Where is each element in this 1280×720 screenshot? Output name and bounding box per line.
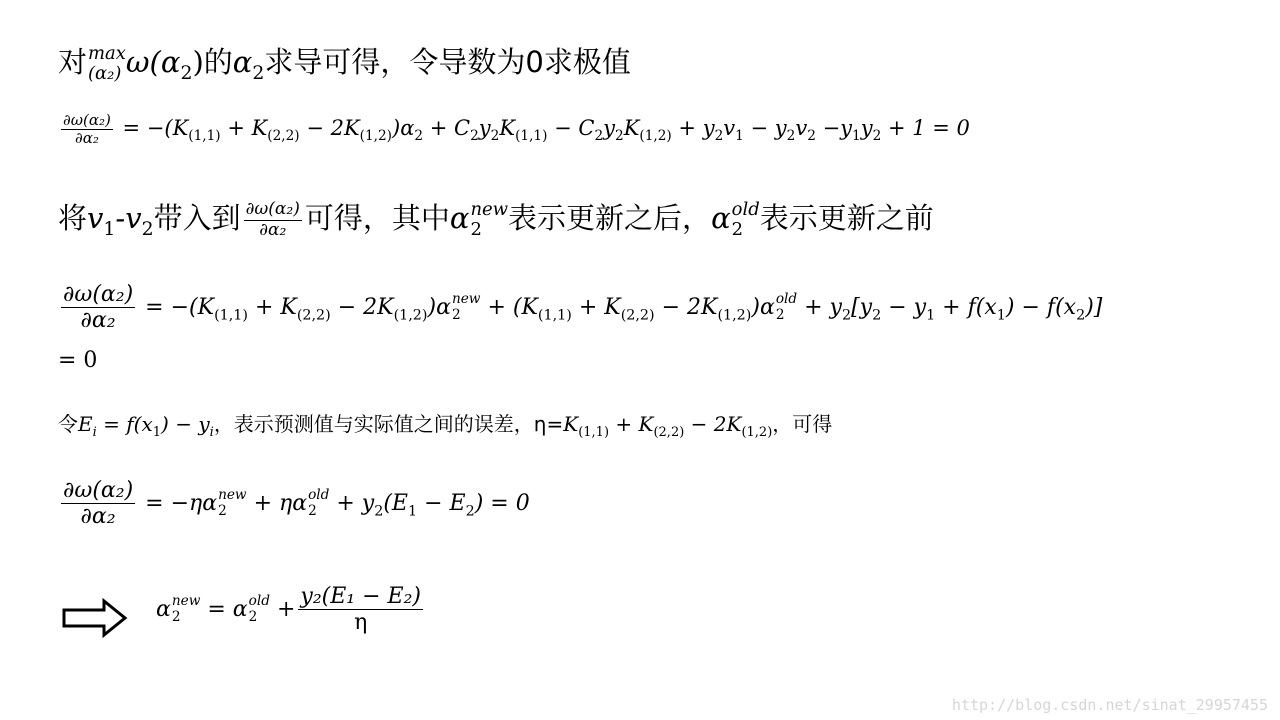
equation-1-rhs: = −(K(1,1) + K(2,2) − 2K(1,2))α2 + C2y2K… <box>123 116 970 140</box>
equation-1: ∂ω(α₂)∂α₂ = −(K(1,1) + K(2,2) − 2K(1,2))… <box>58 112 970 148</box>
heading-line-1: 对max(α₂)ω(α2)的α2求导可得，令导数为0求极值 <box>58 40 631 83</box>
equation-2-rhs: = −(K(1,1) + K(2,2) − 2K(1,2))αnew2 + (K… <box>145 295 1102 320</box>
alpha-var: α2 <box>233 45 265 79</box>
equation-2: ∂ω(α₂)∂α₂ = −(K(1,1) + K(2,2) − 2K(1,2))… <box>58 282 1102 334</box>
error-definition: Ei = f(x1) − yi <box>78 412 214 436</box>
equation-3: ∂ω(α₂)∂α₂ = −ηαnew2 + ηαold2 + y2(E1 − E… <box>58 478 530 530</box>
update-fraction: y₂(E₁ − E₂)η <box>298 584 423 636</box>
watermark: http://blog.csdn.net/sinat_29957455 <box>952 696 1268 714</box>
implies-arrow-icon <box>62 598 128 638</box>
derivative-fraction: ∂ω(α₂)∂α₂ <box>61 112 113 148</box>
text-prefix: 对 <box>58 45 87 79</box>
derivative-fraction: ∂ω(α₂)∂α₂ <box>61 282 135 334</box>
v-difference: v1-v2 <box>87 201 154 235</box>
definition-line: 令Ei = f(x1) − yi，表示预测值与实际值之间的误差，η=K(1,1)… <box>58 408 832 437</box>
equation-2-continuation: = 0 <box>58 348 97 373</box>
alpha-new: αnew2 <box>450 201 508 235</box>
omega-func: ω(α2) <box>126 45 204 79</box>
equation-3-rhs: = −ηαnew2 + ηαold2 + y2(E1 − E2) = 0 <box>145 491 530 516</box>
alpha-old: αold2 <box>711 201 760 235</box>
derivative-fraction: ∂ω(α₂)∂α₂ <box>61 478 135 530</box>
derivative-fraction: ∂ω(α₂)∂α₂ <box>244 200 302 240</box>
heading-line-2: 将v1-v2带入到∂ω(α₂)∂α₂可得，其中αnew2表示更新之后，αold2… <box>58 196 934 240</box>
update-rule-lhs: αnew2 = αold2 + <box>156 597 295 622</box>
max-operator: max(α₂) <box>88 45 126 83</box>
eta-definition: K(1,1) + K(2,2) − 2K(1,2) <box>563 412 772 436</box>
equation-4: αnew2 = αold2 +y₂(E₁ − E₂)η <box>156 584 426 636</box>
